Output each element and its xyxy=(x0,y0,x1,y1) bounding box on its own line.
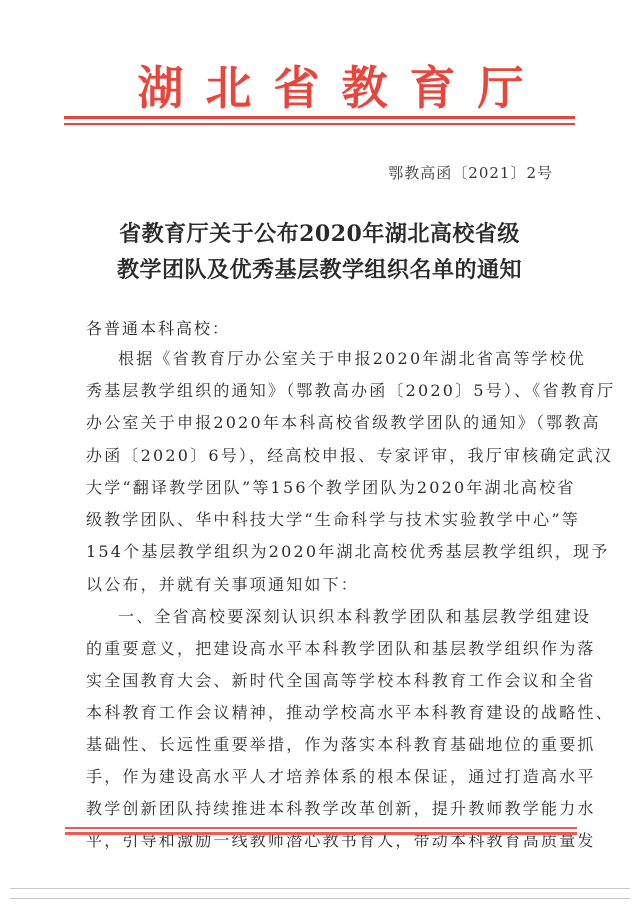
document-title-line-1: 省教育厅关于公布2020年湖北高校省级 xyxy=(0,217,639,251)
body-paragraph-line: 教学创新团队持续推进本科教学改革创新，提升教师教学能力水 xyxy=(86,799,566,819)
letterhead-issuer: 湖北省教育厅 xyxy=(0,60,639,116)
letterhead-rule-thick xyxy=(64,116,575,119)
body-paragraph-line: 实全国教育大会、新时代全国高等学校本科教育工作会议和全省 xyxy=(86,671,566,691)
body-paragraph-line: 以公布，并就有关事项通知如下： xyxy=(86,575,566,595)
document-number: 鄂教高函〔2021〕2号 xyxy=(388,162,553,183)
document-title-line-2: 教学团队及优秀基层教学组织名单的通知 xyxy=(0,253,639,287)
scan-edge-line xyxy=(10,898,630,899)
body-paragraph-line: 154个基层教学组织为2020年湖北高校优秀基层教学组织，现予 xyxy=(86,542,566,562)
body-paragraph-line: 根据《省教育厅办公室关于申报2020年湖北省高等学校优 xyxy=(118,349,598,369)
letterhead-rule-thin xyxy=(64,123,575,125)
body-paragraph-line: 手，作为建设高水平人才培养体系的根本保证，通过打造高水平 xyxy=(86,767,566,787)
footer-rule-thick xyxy=(65,832,577,835)
body-paragraph-line: 基础性、长远性重要举措，作为落实本科教育基础地位的重要抓 xyxy=(86,735,566,755)
body-paragraph-line: 一、全省高校要深刻认识织本科教学团队和基层教学组建设 xyxy=(118,607,598,627)
body-paragraph-line: 本科教育工作会议精神，推动学校高水平本科教育建设的战略性、 xyxy=(86,703,566,723)
footer-rule-thin xyxy=(65,827,577,829)
body-paragraph-line: 办函〔2020〕6号），经高校申报、专家评审，我厅审核确定武汉 xyxy=(86,446,566,466)
salutation: 各普通本科高校： xyxy=(86,316,230,339)
body-paragraph-line: 大学“翻译教学团队”等156个教学团队为2020年湖北高校省 xyxy=(86,478,566,498)
scan-edge-line xyxy=(10,888,630,889)
body-paragraph-line: 级教学团队、华中科技大学“生命科学与技术实验教学中心”等 xyxy=(86,510,566,530)
body-paragraph-line: 的重要意义，把建设高水平本科教学团队和基层教学组织作为落 xyxy=(86,639,566,659)
body-paragraph-line: 秀基层教学组织的通知》（鄂教高办函〔2020〕5号）、《省教育厅 xyxy=(86,381,566,401)
body-paragraph-line: 办公室关于申报2020年本科高校省级教学团队的通知》（鄂教高 xyxy=(86,413,566,433)
